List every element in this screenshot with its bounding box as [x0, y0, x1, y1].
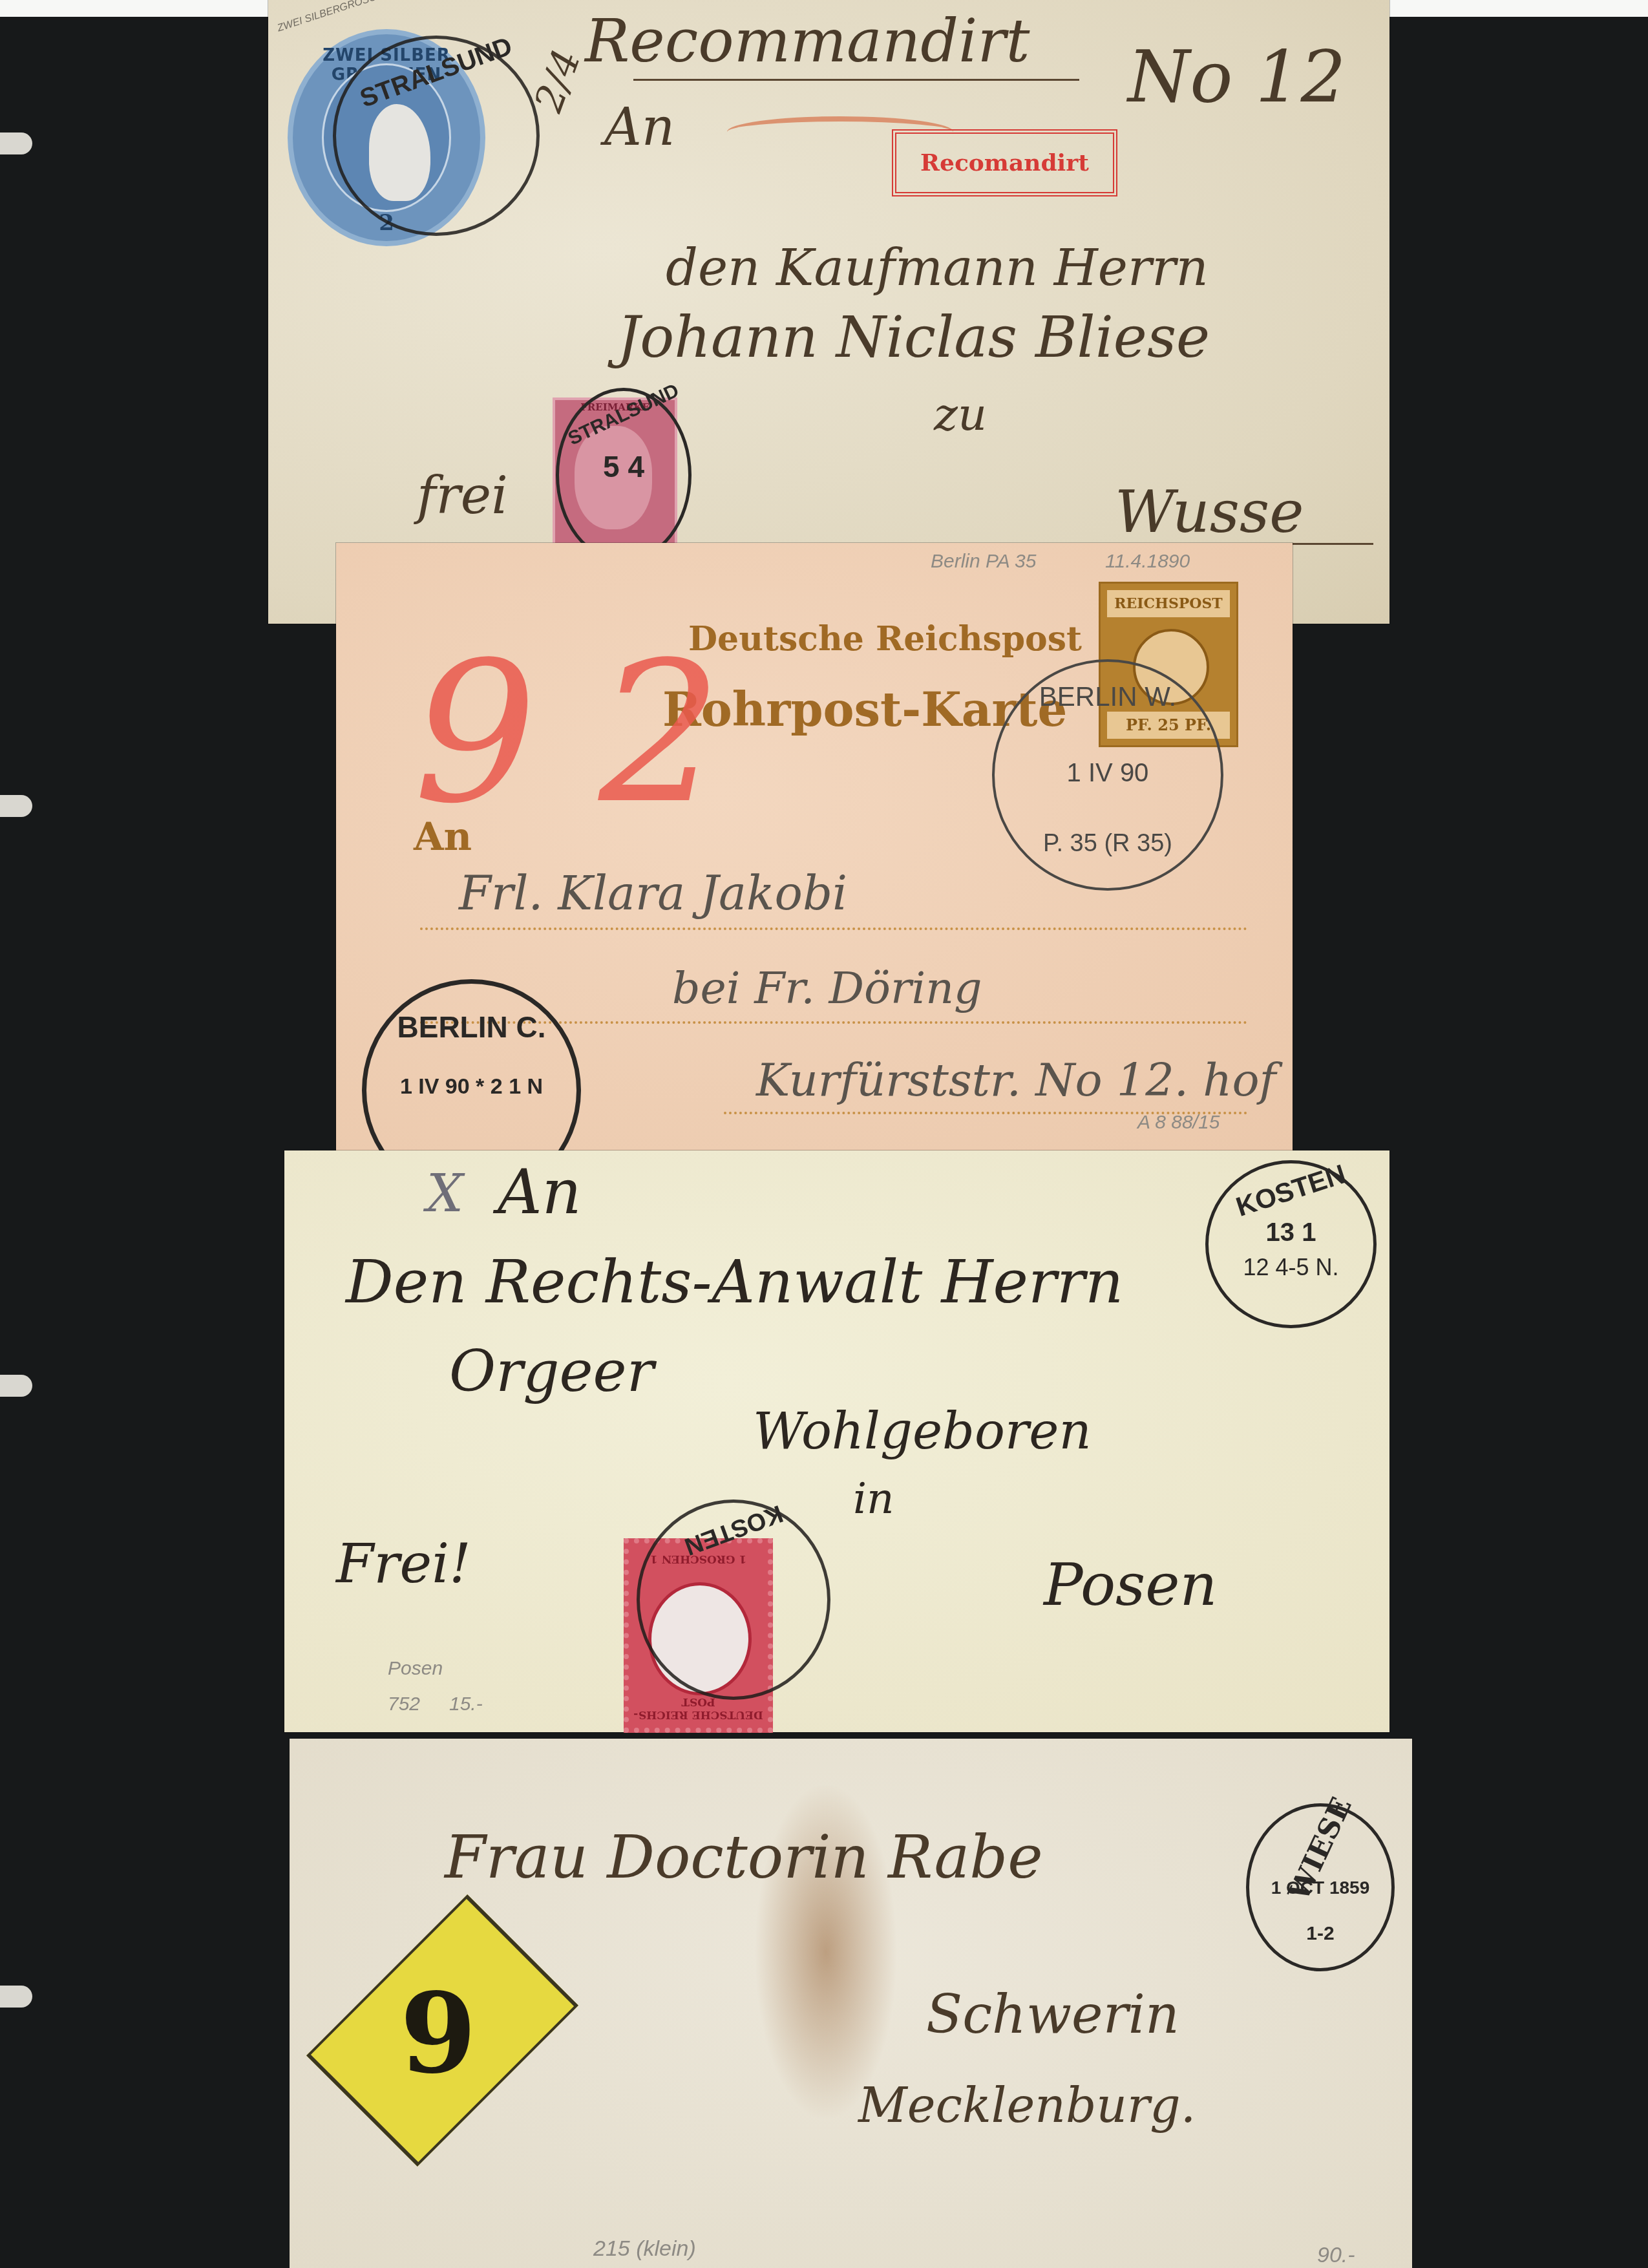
address-line-1: Den Rechts-Anwalt Herrn: [346, 1247, 1123, 1317]
franking-note: frei: [417, 465, 508, 525]
binder-hole: [0, 1375, 32, 1397]
cancel-stralsund-2: STRALSUND 5 4: [556, 388, 692, 562]
address-line-2: bei Fr. Döring: [672, 963, 982, 1014]
red-crayon-mark: 9 2: [414, 620, 722, 846]
address-an: An: [498, 1157, 582, 1228]
pencil-note-number: 752: [388, 1693, 420, 1715]
address-line-3: Wohlgeboren: [753, 1403, 1092, 1461]
address-line-2: Johann Niclas Bliese: [617, 304, 1210, 370]
address-line-1: Frau Doctorin Rabe: [445, 1823, 1043, 1892]
address-line-3: Mecklenburg.: [858, 2078, 1196, 2134]
heading-recommandirt: Recommandirt: [585, 6, 1030, 76]
cancel-berlin-w: BERLIN W. 1 IV 90 P. 35 (R 35): [992, 659, 1223, 891]
address-line-guide: [420, 927, 1247, 930]
binder-hole: [0, 1986, 32, 2008]
address-line-4: in: [853, 1474, 894, 1523]
pencil-note-left: 215 (klein): [593, 2236, 696, 2262]
binder-hole: [0, 795, 32, 817]
pencil-note-right: 90.-: [1317, 2243, 1355, 2268]
cover-kosten: X An KOSTEN 13 1 12 4-5 N. Den Rechts-An…: [284, 1150, 1389, 1732]
pencil-note-place: Posen: [388, 1658, 443, 1680]
address-line-3: Kurfürststr. No 12. hof: [756, 1054, 1276, 1107]
franking-note: Frei!: [336, 1532, 471, 1595]
cancel-stralsund-1: STRALSUND: [333, 36, 540, 236]
side-note: 2/4: [526, 44, 590, 118]
destination: Posen: [1044, 1551, 1218, 1619]
pencil-cross: X: [427, 1163, 463, 1224]
address-an: An: [604, 97, 675, 157]
pencil-note-top: Berlin PA 35: [931, 551, 1036, 573]
address-line-1: Frl. Klara Jakobi: [459, 866, 847, 920]
cancel-wiese: WIESE 1 OCT 1859 1-2: [1246, 1803, 1395, 1971]
address-line-2: Schwerin: [926, 1984, 1179, 2046]
cover-wiese: Frau Doctorin Rabe WIESE 1 OCT 1859 1-2 …: [290, 1739, 1412, 2268]
pencil-note-date: 11.4.1890: [1105, 551, 1190, 573]
cancel-kosten-1: KOSTEN 13 1 12 4-5 N.: [1205, 1160, 1377, 1328]
stamp-value: 6: [399, 1965, 477, 2094]
address-line-1: den Kaufmann Herrn: [666, 239, 1209, 297]
printed-header: Deutsche Reichspost: [688, 619, 1082, 659]
registration-number: No 12: [1128, 36, 1346, 118]
destination: Wusse: [1115, 478, 1304, 546]
heading-underline: [633, 79, 1079, 81]
address-line-2: Orgeer: [449, 1338, 654, 1404]
cancel-kosten-2: KOSTEN: [637, 1500, 830, 1700]
address-line-3: zu: [934, 388, 987, 441]
pencil-note-bottom: A 8 88/15: [1137, 1112, 1220, 1134]
registration-label-red: Recomandirt: [892, 129, 1117, 196]
card-rohrpost-berlin: Berlin PA 35 11.4.1890 Deutsche Reichspo…: [336, 543, 1293, 1160]
binder-hole: [0, 132, 32, 154]
cover-stralsund: ZWEI SILBERGROSCHEN ZWEI SILBER GROSCHEN…: [268, 0, 1389, 624]
pencil-note-price: 15.-: [449, 1693, 483, 1715]
